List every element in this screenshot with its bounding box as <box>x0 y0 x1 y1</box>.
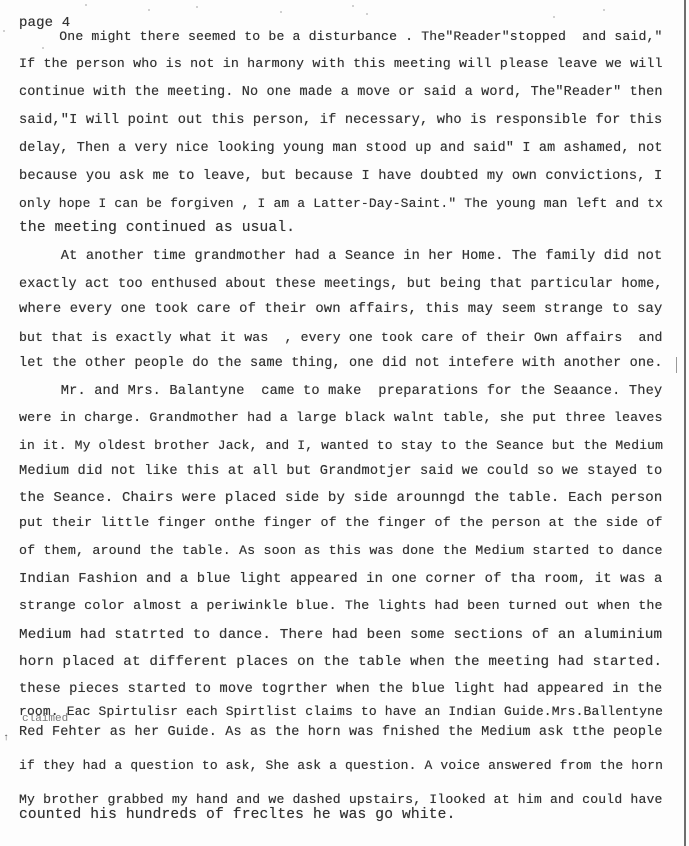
paper-speck <box>280 11 282 13</box>
paper-speck <box>352 5 354 7</box>
paper-speck <box>42 47 44 49</box>
text-line-2: If the person who is not in harmony with… <box>19 58 663 71</box>
text-line-15: were in charge. Grandmother had a large … <box>19 412 663 425</box>
text-line-10: exactly act too enthused about these mee… <box>19 278 663 292</box>
text-line-7: only hope I can be forgiven , I am a Lat… <box>19 197 663 210</box>
text-line-8: the meeting continued as usual. <box>19 221 295 236</box>
text-line-1: One might there seemed to be a disturban… <box>19 30 663 43</box>
paper-speck <box>3 30 5 32</box>
text-line-11: where every one took care of their own a… <box>19 303 663 317</box>
text-line-22: strange color almost a periwinkle blue. … <box>19 600 663 613</box>
text-line-19: put their little finger onthe finger of … <box>19 517 663 530</box>
page-right-edge <box>684 0 686 846</box>
text-line-12: but that is exactly what it was , every … <box>19 331 663 344</box>
paper-speck <box>553 16 555 18</box>
text-line-3: continue with the meeting. No one made a… <box>19 86 663 100</box>
text-line-23: Medium had statrted to dance. There had … <box>19 628 662 642</box>
typewritten-page: page 4 One might there seemed to be a di… <box>0 0 689 846</box>
interlinear-insert: claimed <box>22 714 68 725</box>
text-line-9: At another time grandmother had a Seance… <box>19 250 662 264</box>
paper-speck <box>196 6 198 8</box>
text-line-30: counted his hundreds of frecltes he was … <box>19 808 455 823</box>
text-line-28: if they had a question to ask, She ask a… <box>19 759 663 772</box>
paper-speck <box>366 13 368 15</box>
paper-speck <box>603 9 605 11</box>
text-line-5: delay, Then a very nice looking young ma… <box>19 142 663 156</box>
margin-arrow-mark: ↑ <box>3 733 9 744</box>
paper-speck <box>148 9 150 11</box>
text-line-27: Red Fehter as her Guide. As as the horn … <box>19 726 663 740</box>
text-line-13: let the other people do the same thing, … <box>19 357 663 371</box>
text-line-24: horn placed at different places on the t… <box>19 655 662 669</box>
text-line-21: Indian Fashion and a blue light appeared… <box>19 573 663 587</box>
text-line-26: room. Eac Spirtulisr each Spirtlist clai… <box>19 705 663 718</box>
text-line-20: of them, around the table. As soon as th… <box>19 545 663 558</box>
text-line-18: the Seance. Chairs were placed side by s… <box>19 491 662 505</box>
text-line-16: in it. My oldest brother Jack, and I, wa… <box>19 439 663 452</box>
text-line-17: Medium did not like this at all but Gran… <box>19 465 662 479</box>
text-line-14: Mr. and Mrs. Balantyne came to make prep… <box>19 385 662 399</box>
margin-tick <box>676 357 677 373</box>
page-number: page 4 <box>19 16 70 30</box>
text-line-25: these pieces started to move togrther wh… <box>19 683 662 697</box>
text-line-4: said,"I will point out this person, if n… <box>19 114 662 128</box>
text-line-6: because you ask me to leave, but because… <box>19 170 662 184</box>
paper-speck <box>85 4 87 6</box>
text-line-29: My brother grabbed my hand and we dashed… <box>19 793 663 806</box>
